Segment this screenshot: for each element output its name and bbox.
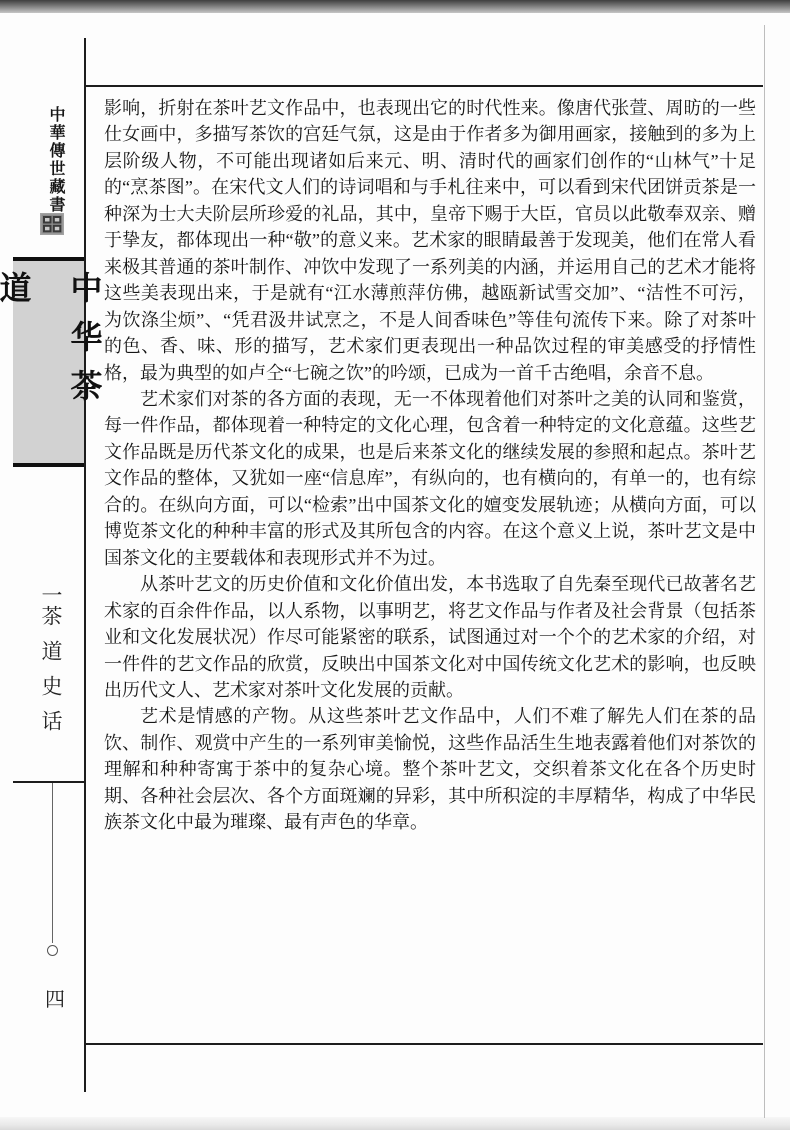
ornament-drop-line xyxy=(52,783,53,943)
paragraph: 艺术是情感的产物。从这些茶叶艺文作品中，人们不难了解先人们在茶的品饮、制作、观赏… xyxy=(104,703,756,835)
body-text: 影响，折射在茶叶艺文作品中，也表现出它的时代性来。像唐代张萱、周昉的一些仕女画中… xyxy=(104,95,756,836)
paragraph: 从茶叶艺文的历史价值和文化价值出发，本书选取了自先秦至现代已故著名艺术家的百余件… xyxy=(104,571,756,703)
scan-bottom-edge xyxy=(0,1117,790,1130)
publisher-brand-title: 中華傳世藏書 xyxy=(41,102,69,217)
chapter-number: 一 xyxy=(39,584,63,605)
chapter-label: 一茶道史话 xyxy=(36,584,66,784)
chapter-title: 茶道史话 xyxy=(39,605,63,745)
sidebar-rule xyxy=(13,781,84,783)
series-title: 中华茶道 xyxy=(0,261,120,463)
page-number: 四 xyxy=(40,983,70,1012)
ornament-circle-icon xyxy=(47,945,58,956)
book-page: 中華傳世藏書 中华茶道 一茶道史话 四 影响，折射在茶叶艺文作品中，也表现出它的… xyxy=(0,0,790,1130)
margin-vertical-rule xyxy=(84,38,86,1092)
publisher-seal-icon xyxy=(40,213,64,235)
scan-right-edge xyxy=(764,25,765,1118)
paragraph: 艺术家们对茶的各方面的表现，无一不体现着他们对茶叶之美的认同和鉴赏，每一件作品，… xyxy=(104,386,756,571)
header-rule xyxy=(85,85,763,87)
paragraph: 影响，折射在茶叶艺文作品中，也表现出它的时代性来。像唐代张萱、周昉的一些仕女画中… xyxy=(104,95,756,386)
series-title-box: 中华茶道 xyxy=(13,257,84,467)
footer-rule xyxy=(85,1043,763,1045)
scan-top-edge xyxy=(0,0,790,13)
